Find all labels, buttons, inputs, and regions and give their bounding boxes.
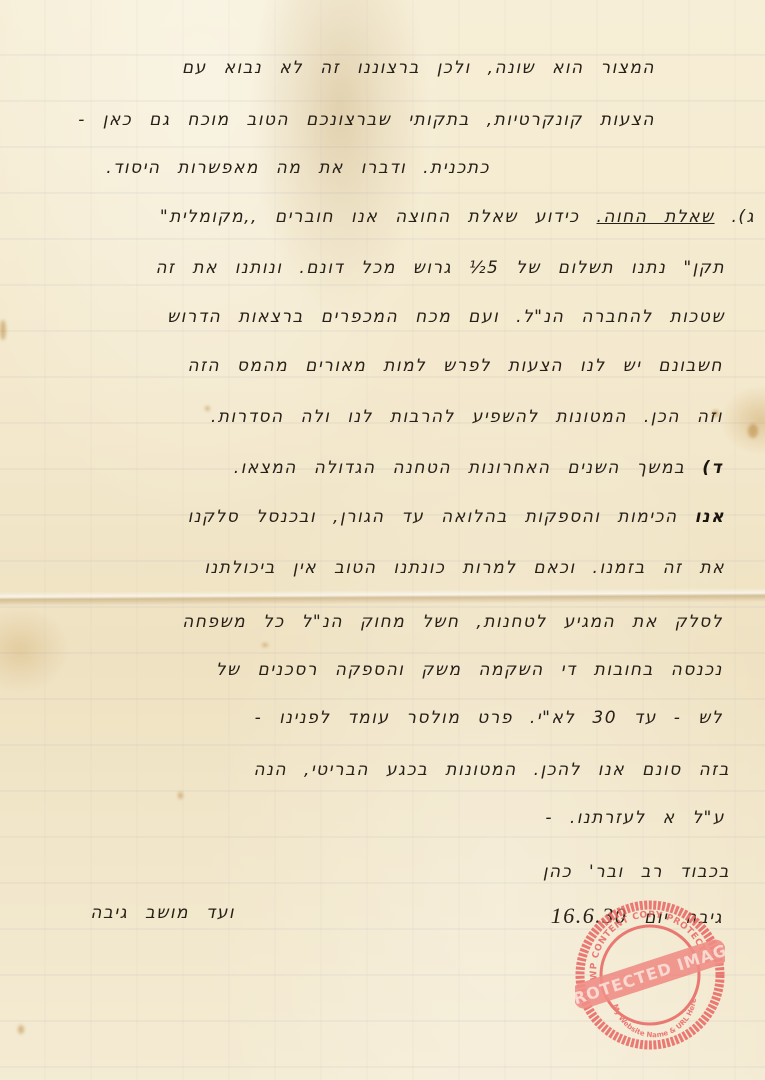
letter-line: לש - עד 30 לא"י. פרט מולסר עומד לפנינו - [255,708,723,728]
letter-line: המצור הוא שונה, ולכן ברצוננו זה לא נבוא … [182,58,655,78]
stamp-inner-ring [601,926,699,1024]
section-heading: שאלת החוה. [597,207,715,227]
section-text: במשך השנים האחרונות הטחנה הגדולה המצאו. [234,458,686,478]
stain [205,406,210,411]
letter-line: לסלק את המגיע לטחנות, חשל מחוק הנ"ל כל מ… [182,612,723,632]
closing-signature: ועד מושב גיבה [90,903,235,923]
letter-line: ע"ל א לעזרתנו. - [545,808,725,828]
fold-crease [0,588,765,606]
letter-line: כתכנית. ודברו את מה מאפשרות היסוד. [106,158,490,178]
letter-line: בזה סונם אנו להכן. המטונות בכגע הבריטי, … [254,760,730,780]
stain [748,424,758,438]
stamp-band-text: PROTECTED IMAGE [575,937,725,1012]
stain [178,792,183,799]
stain [262,643,268,647]
letter-date: 16.6.30 [551,903,628,928]
letter-line-section-c: ג). שאלת החוה. כידוע שאלת החוצה אנו חובר… [160,207,755,227]
closing-place-date: גיבה יום 16.6.30 [551,903,723,929]
letter-line: תקן" נתנו תשלום של 5½ גרוש מכל דונם. ונו… [155,258,725,278]
stamp-band [575,937,725,1011]
section-text: כידוע שאלת החוצה אנו חוברים ,,מקומלית" [160,207,580,227]
letter-page: המצור הוא שונה, ולכן ברצוננו זה לא נבוא … [0,0,765,1080]
letter-line: אנו הכימות והספקות בהלואה עד הגורן, ובכנ… [188,507,725,527]
letter-line: נכנסה בחובות די השקמה משק והספקה רסכנים … [216,660,723,680]
letter-line: הצעות קונקרטיות, בתקותי שברצונכם הטוב מו… [78,110,655,130]
stain [0,320,6,340]
stain [18,1025,24,1034]
letter-line: שטכות להחברה הנ"ל. ועם מכח המכפרים ברצאו… [167,307,725,327]
line-text: הכימות והספקות בהלואה עד הגורן, ובכנסל ס… [188,507,678,527]
place-label: גיבה יום [644,908,723,928]
letter-line: את זה בזמנו. וכאם למרות כונתנו הטוב אין … [204,558,725,578]
letter-line: חשבונם יש לנו הצעות לפרש למות מאורים מהמ… [188,356,724,376]
line-start-word: אנו [695,507,725,527]
letter-line-section-d: ד) במשך השנים האחרונות הטחנה הגדולה המצא… [234,458,723,478]
section-marker: ד) [702,458,723,478]
closing-greeting: בכבוד רב ובר' כהן [543,862,730,882]
letter-line: וזה הכן. המטונות להשפיע להרבות לנו ולה ה… [211,407,723,427]
stamp-inner-text: My Website Name & URL Here [611,997,698,1039]
section-marker: ג). [731,207,755,227]
